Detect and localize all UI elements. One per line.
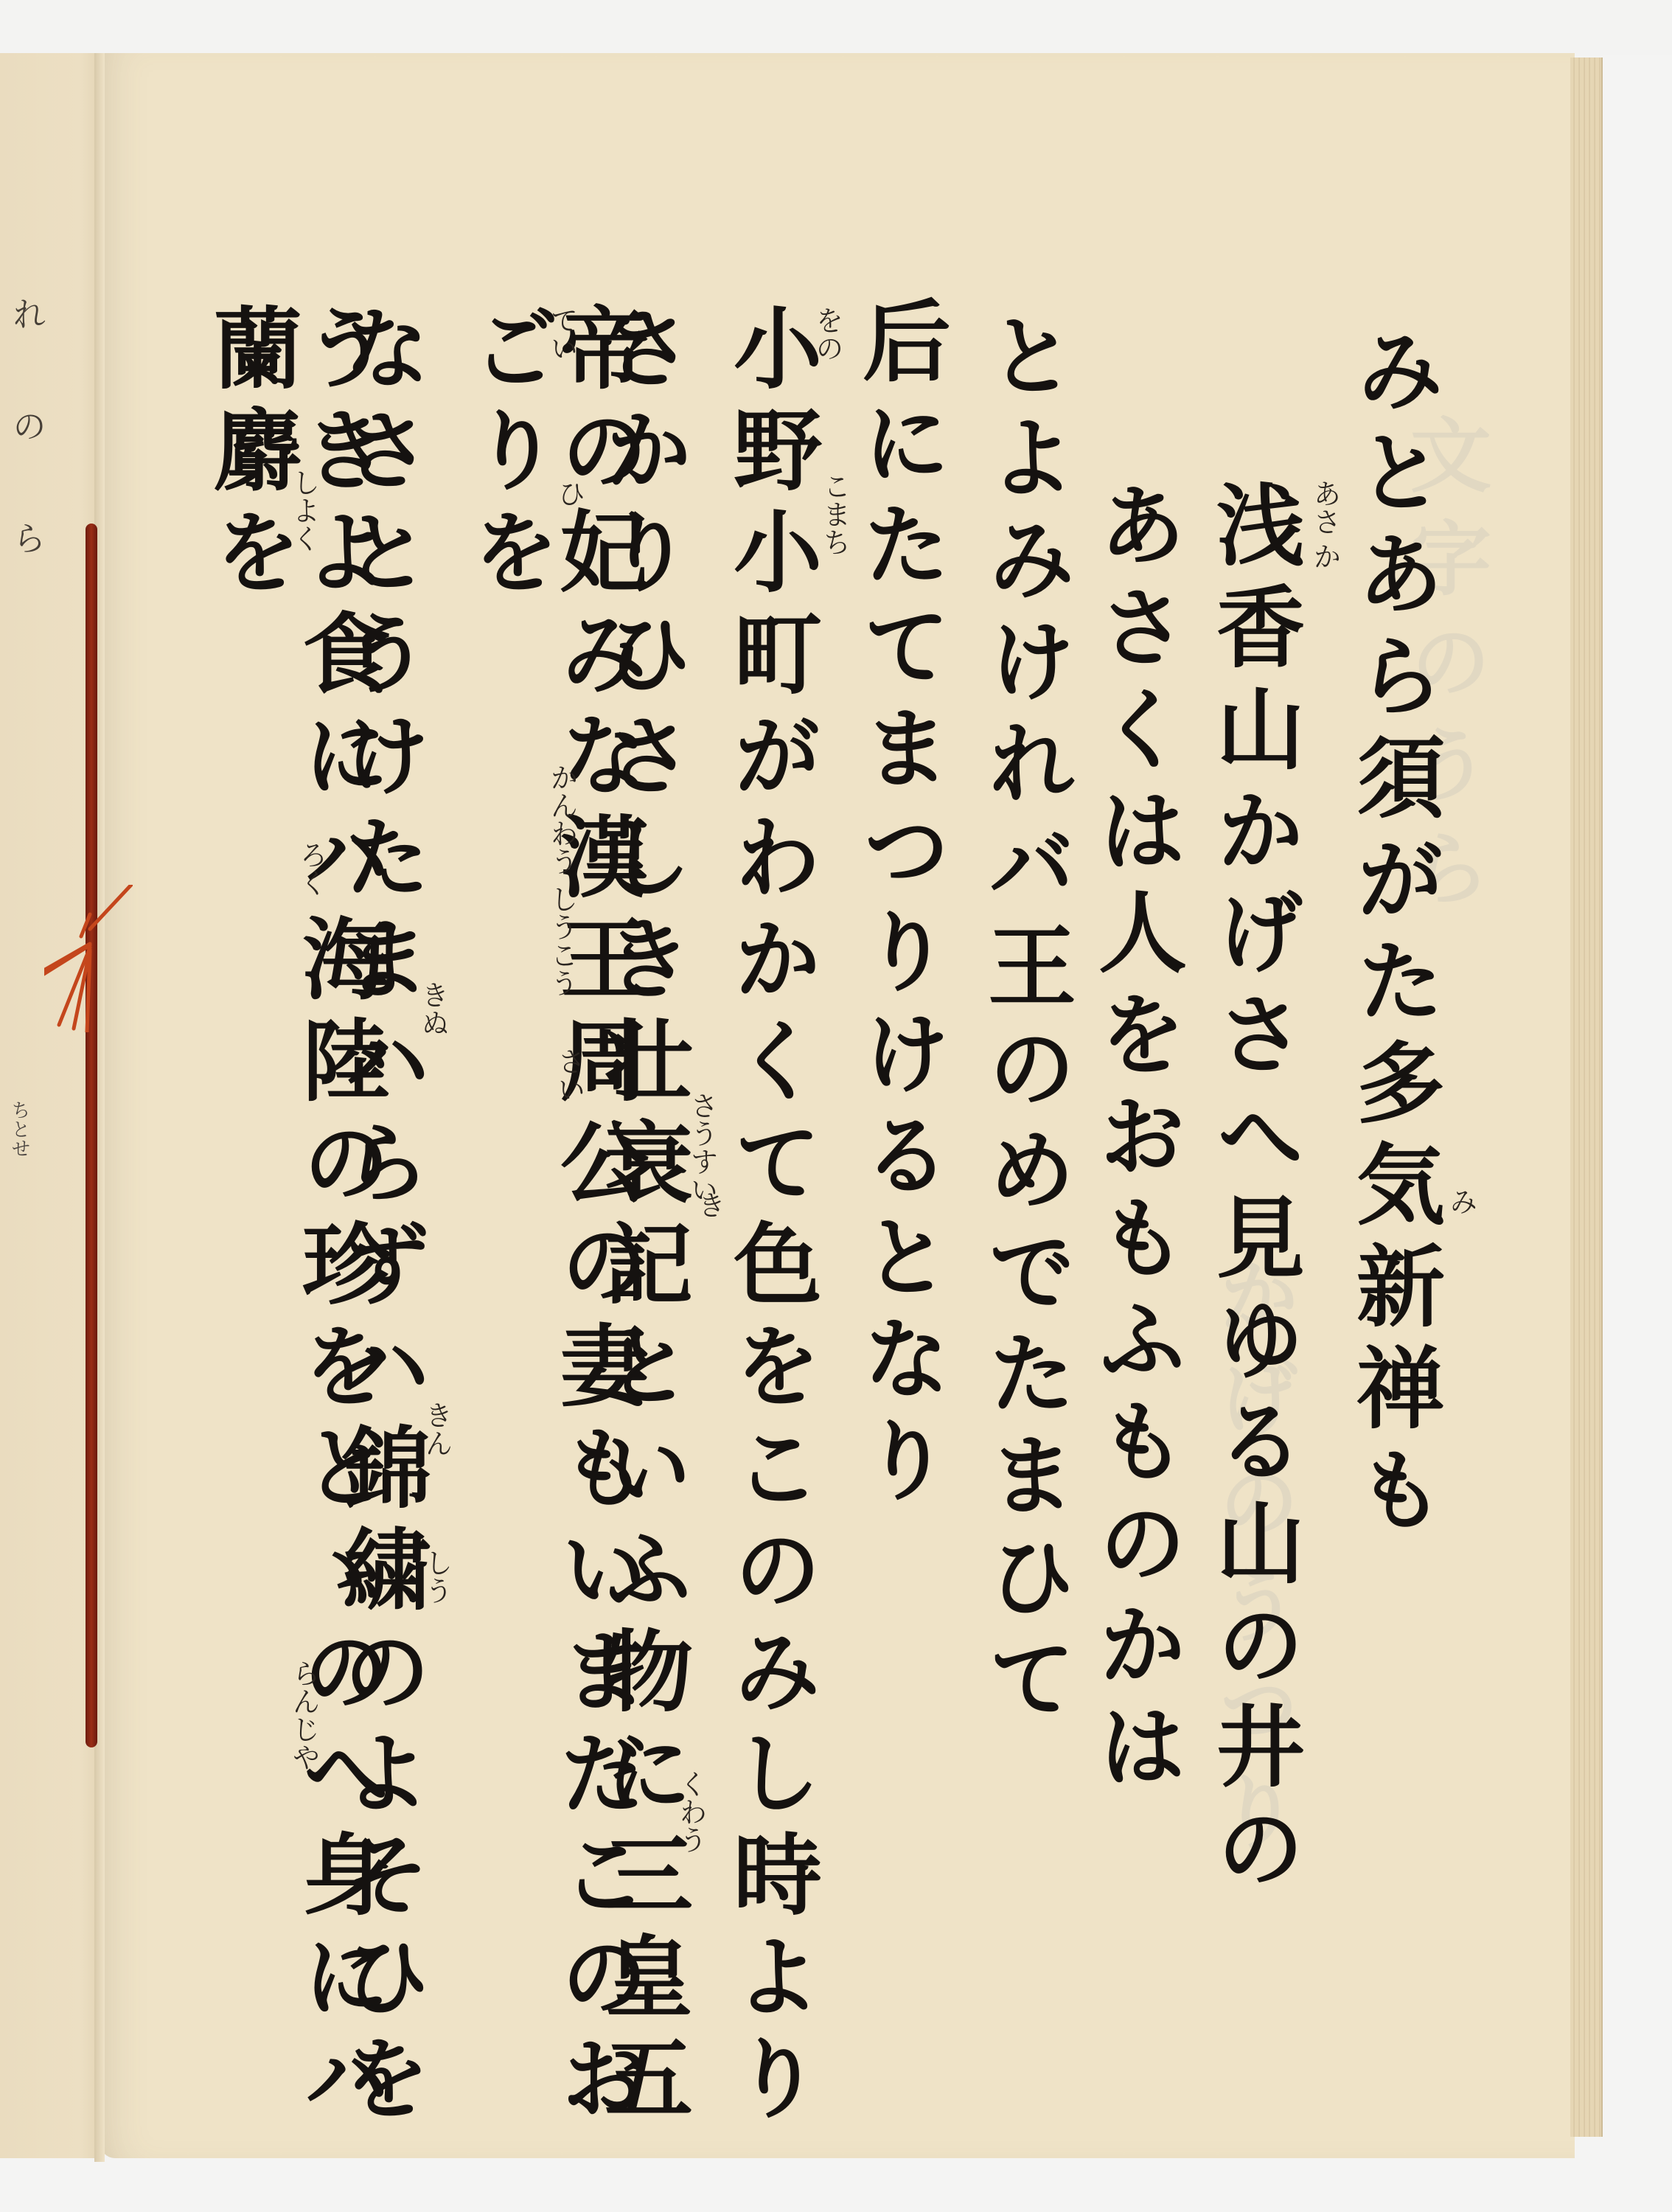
text-column-1: みとあら須がた多気新禅も (1349, 324, 1438, 1545)
text-column-2: 浅香山かげさへ見ゆる山の井の (1209, 479, 1297, 1904)
furigana: き (689, 1191, 730, 1219)
furigana: ろく (291, 841, 332, 897)
page-edges (1570, 58, 1603, 2137)
furigana: さい (549, 1047, 590, 1103)
furigana: こまち (815, 472, 855, 556)
furigana: てい (542, 306, 582, 362)
furigana: くわう (671, 1770, 711, 1854)
furigana: しう (417, 1548, 457, 1604)
furigana: ひ (549, 479, 590, 507)
text-column-5: 后にたてまつりけるとなり (855, 295, 944, 1516)
text-column-3: あさくは人をおもふものかは (1091, 479, 1180, 1802)
furigana: あさ (1305, 479, 1345, 535)
binding-thread (86, 524, 97, 1747)
furigana: きん (417, 1401, 457, 1457)
furigana: み (1441, 1187, 1482, 1215)
left-page-text: れ の ら (3, 296, 52, 577)
furigana: しうこう (542, 885, 582, 997)
text-column-10: うきよ食にハ海陸の珍をとゝのへ身にハ蘭麝を (206, 302, 383, 2212)
furigana: をの (807, 306, 848, 362)
text-column-4: とよみけれバ王のめでたまひて (980, 310, 1069, 1734)
furigana: らんじや (284, 1659, 324, 1771)
binding-knot-icon (44, 885, 133, 1032)
furigana: きぬ (413, 981, 453, 1037)
background-top (0, 0, 1672, 55)
left-page-margin-note: ちとせ (6, 1100, 33, 1158)
furigana: しよく (284, 468, 324, 552)
text-column-8: 帝の妃みな漢王周公の妻もいまだこのおごりを (464, 302, 641, 2212)
furigana: かんわう (542, 763, 582, 875)
furigana: さうすい (682, 1091, 722, 1203)
text-column-6: 小野小町がわかくて色をこのみし時より (726, 302, 815, 2134)
furigana: か (1305, 542, 1345, 570)
